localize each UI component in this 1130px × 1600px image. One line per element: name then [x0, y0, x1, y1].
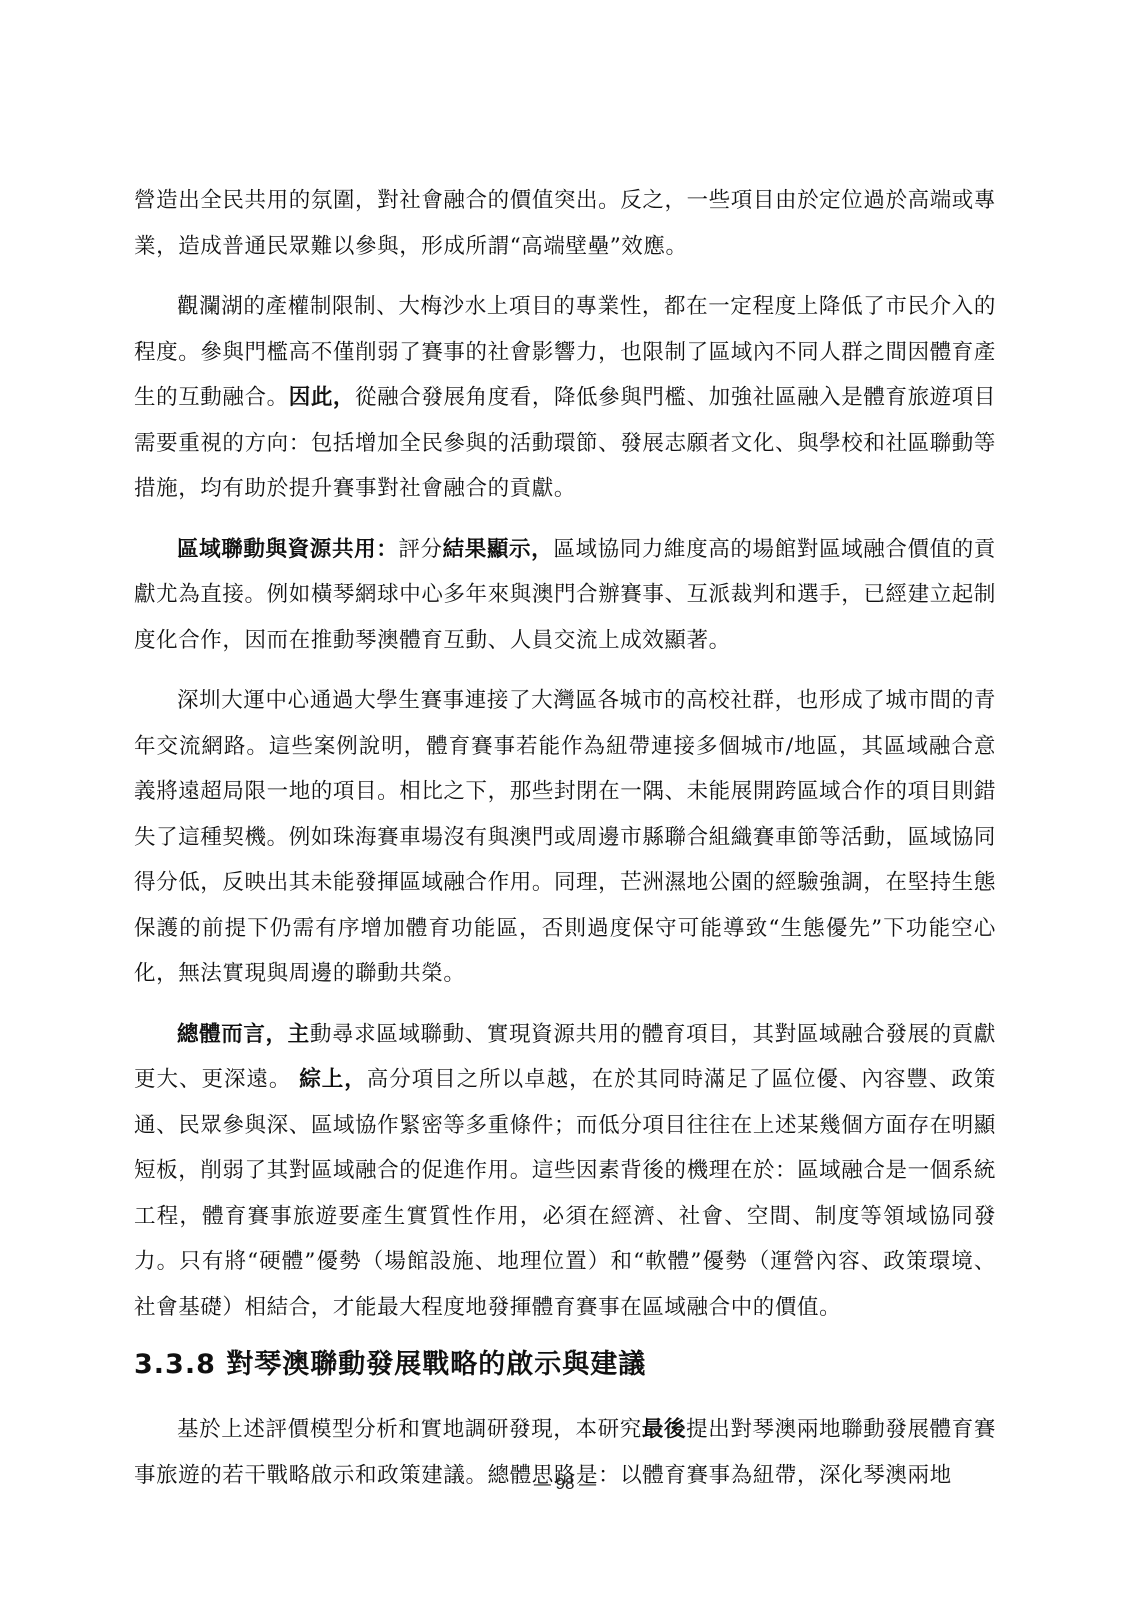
bold-text-segment: 最後 [642, 1417, 686, 1442]
text-segment: 高分項目之所以卓越，在於其同時滿足了區位優、內容豐、政策通、民眾參與深、區域協作… [134, 1067, 996, 1320]
bold-text-segment: 結果顯示， [443, 537, 554, 562]
bold-text-segment: 綜上， [299, 1067, 366, 1092]
paragraph-4: 深圳大運中心通過大學生賽事連接了大灣區各城市的高校社群，也形成了城市間的青年交流… [134, 678, 996, 997]
text-segment: 基於上述評價模型分析和實地調研發現，本研究 [177, 1417, 642, 1442]
bold-text-segment: 因此， [289, 385, 355, 410]
section-heading: 3.3.8 對琴澳聯動發展戰略的啟示與建議 [134, 1345, 996, 1385]
text-segment: 評分 [398, 537, 442, 562]
bold-text-segment: 總體而言，主 [177, 1022, 310, 1047]
bold-text-segment: 區域聯動與資源共用： [177, 537, 398, 562]
document-page: 營造出全民共用的氛圍，對社會融合的價值突出。反之，一些項目由於定位過於高端或專業… [134, 178, 996, 1513]
paragraph-1: 營造出全民共用的氛圍，對社會融合的價值突出。反之，一些項目由於定位過於高端或專業… [134, 178, 996, 269]
page-number: — 98 — [0, 1474, 1130, 1494]
text-segment: 深圳大運中心通過大學生賽事連接了大灣區各城市的高校社群，也形成了城市間的青年交流… [134, 688, 996, 986]
text-segment: 營造出全民共用的氛圍，對社會融合的價值突出。反之，一些項目由於定位過於高端或專業… [134, 188, 996, 259]
paragraph-5: 總體而言，主動尋求區域聯動、實現資源共用的體育項目，其對區域融合發展的貢獻更大、… [134, 1012, 996, 1331]
paragraph-3: 區域聯動與資源共用：評分結果顯示，區域協同力維度高的場館對區域融合價值的貢獻尤為… [134, 527, 996, 664]
paragraph-2: 觀瀾湖的產權制限制、大梅沙水上項目的專業性，都在一定程度上降低了市民介入的程度。… [134, 284, 996, 512]
